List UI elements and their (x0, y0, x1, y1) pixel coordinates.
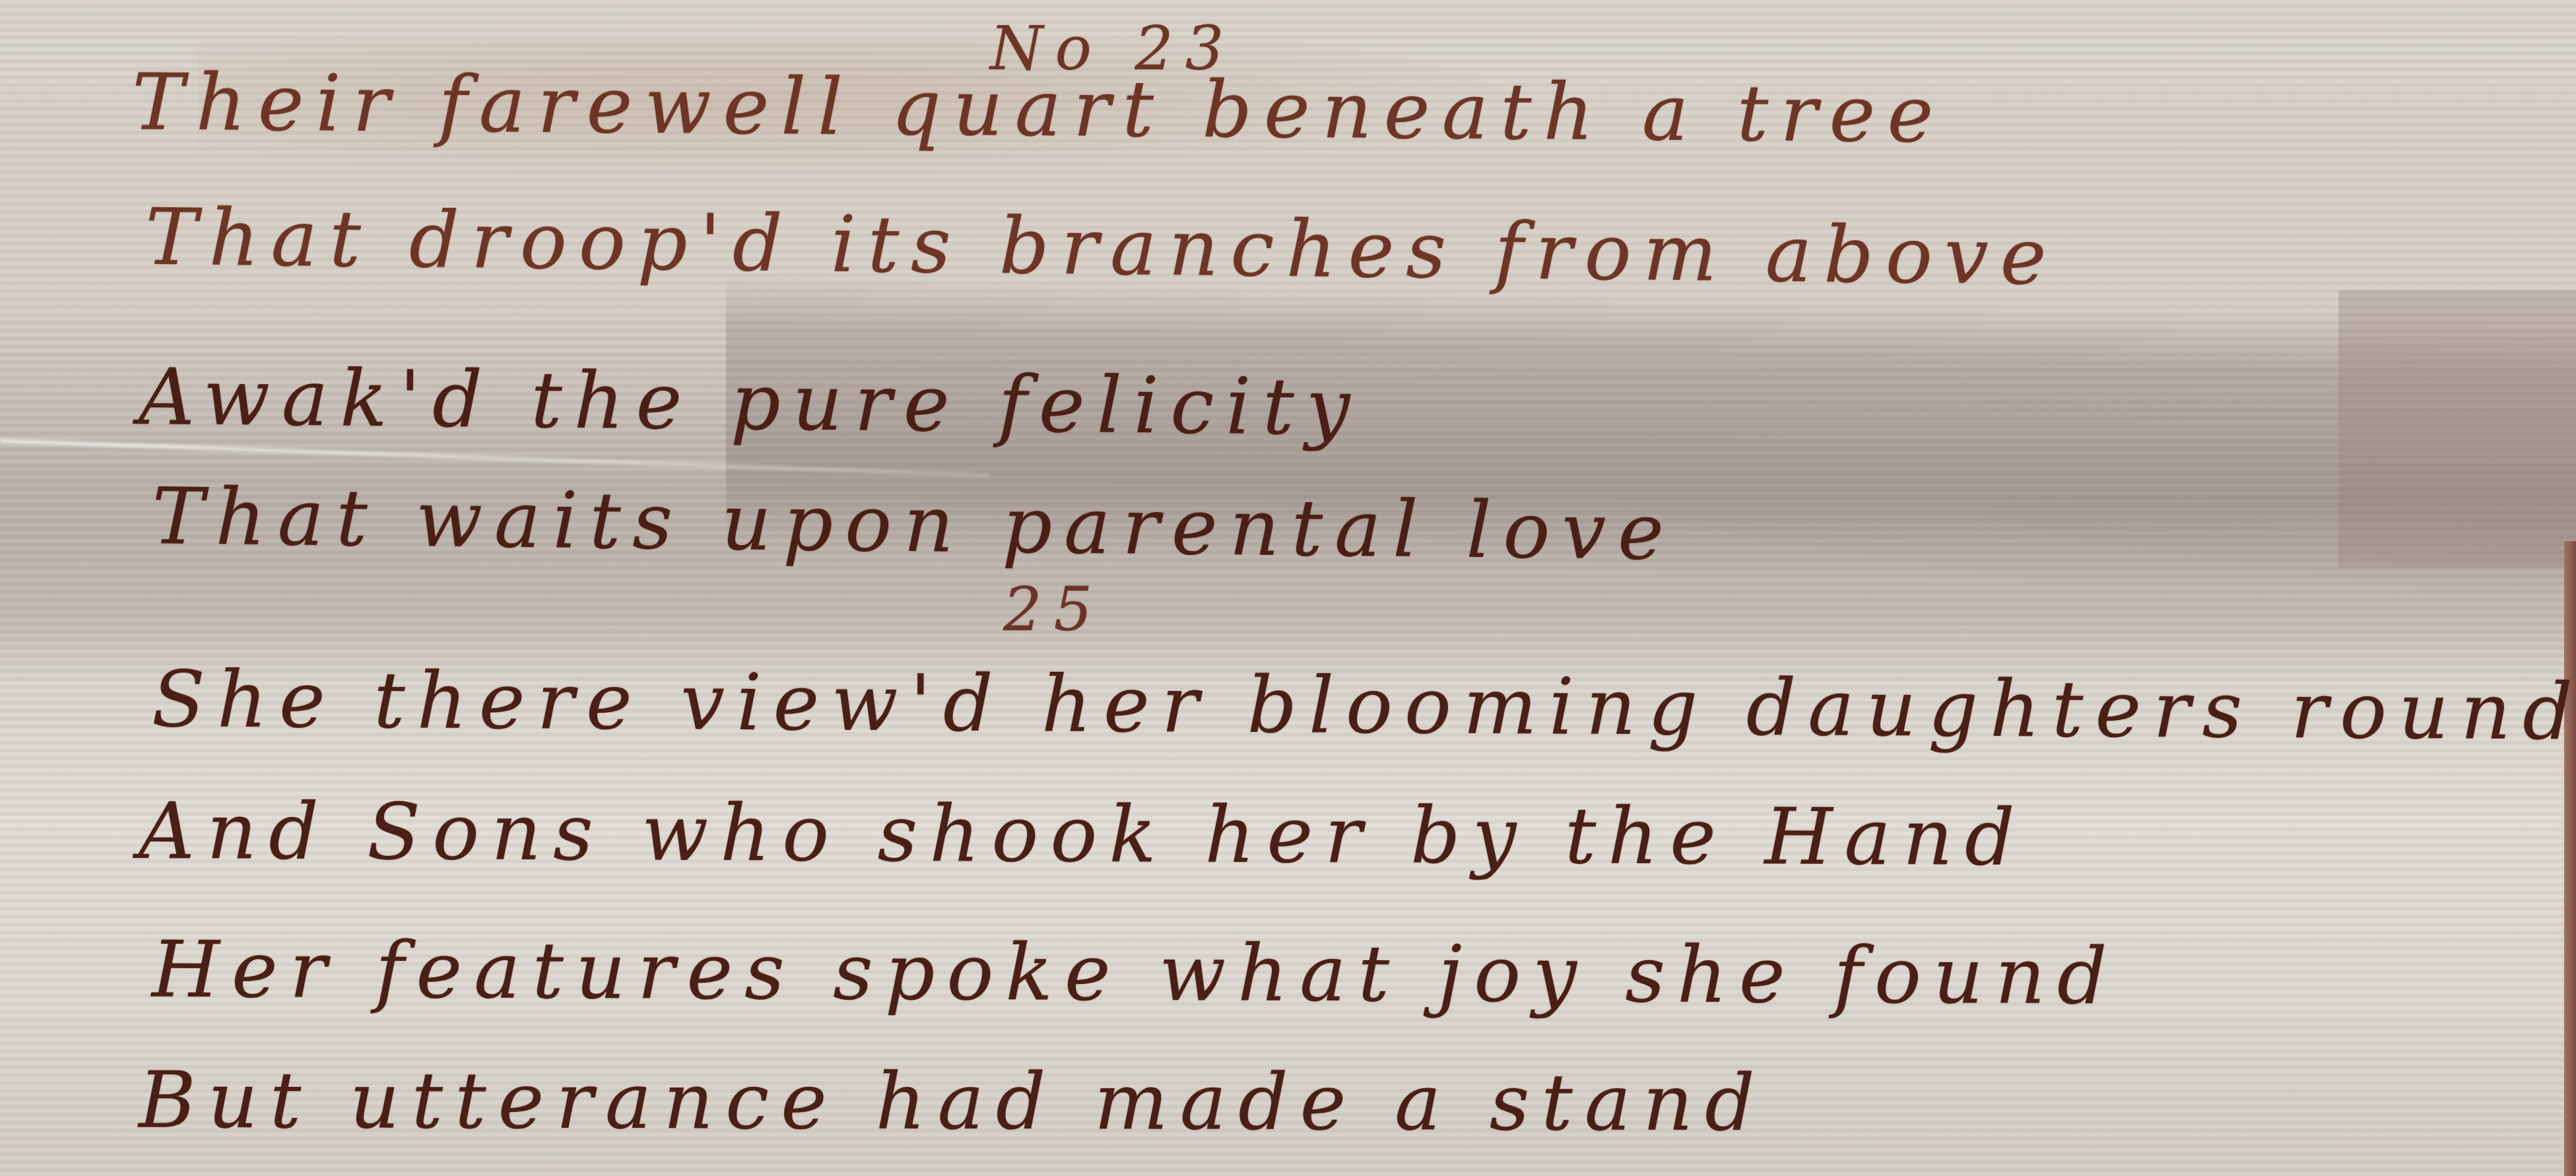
page-edge (2564, 541, 2576, 1176)
stanza-number: 25 (1003, 574, 1104, 645)
verse-line: That droop'd its branches from above (145, 191, 2059, 302)
manuscript-page: No 23 Their farewell quart beneath a tre… (0, 0, 2576, 1176)
verse-line: Their farewell quart beneath a tree (132, 56, 1946, 160)
verse-line: Awak'd the pure felicity (138, 351, 1362, 453)
verse-line: She there view'd her blooming daughters … (152, 653, 2576, 757)
verse-line: Her features spoke what joy she found (152, 924, 2119, 1022)
page-edge-shadow (2338, 290, 2576, 568)
verse-line: That waits upon parental love (151, 471, 1676, 577)
verse-line: But utterance had made a stand (139, 1055, 1767, 1148)
verse-line: And Sons who shook her by the Hand (139, 785, 2027, 883)
